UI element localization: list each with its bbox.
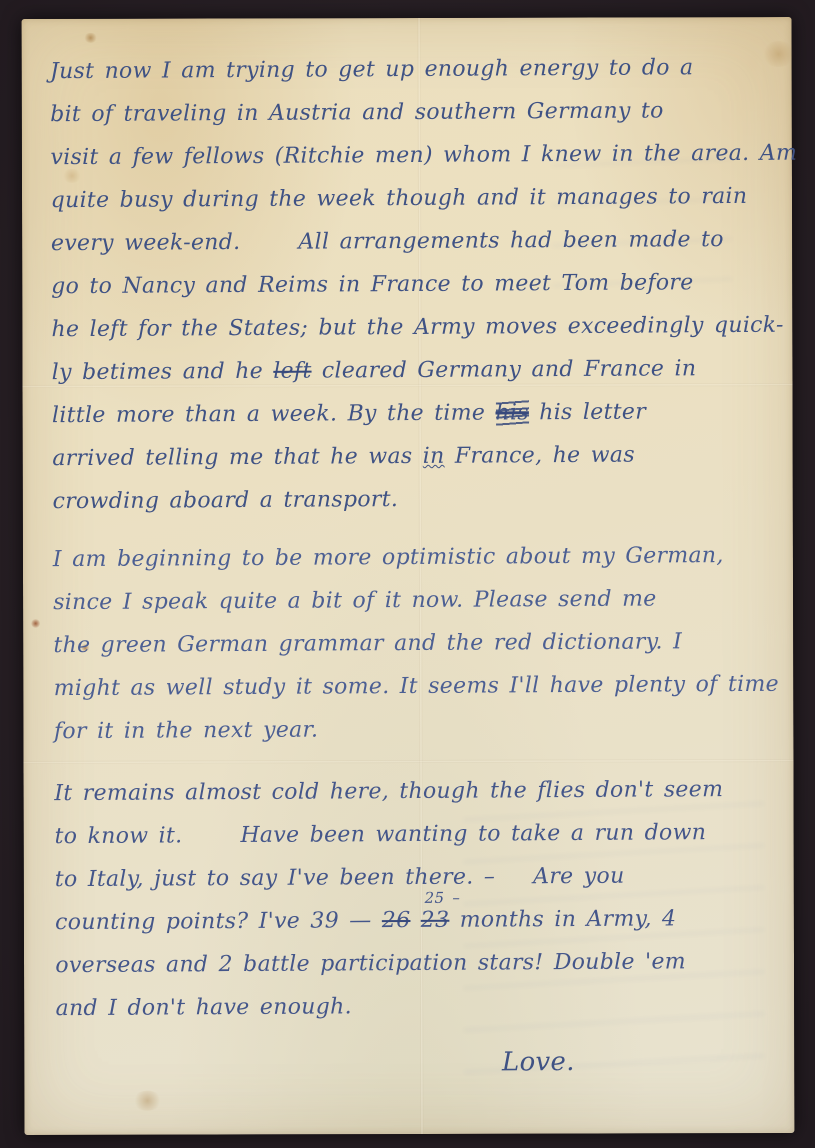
scribbled-out-word: his [495,400,529,425]
crossed-out-number: 26 [382,908,411,933]
line-text: France, he was [455,443,635,469]
letter-line: visit a few fellows (Ritchie men) whom I… [50,132,770,179]
letter-line: since I speak quite a bit of it now. Ple… [53,577,773,624]
line-text: cleared Germany and France in [322,356,697,383]
underlined-word: in [423,444,445,469]
letter-line: arrived telling me that he was in France… [52,433,772,480]
letter-line: and I don't have enough. [56,983,776,1030]
letter-line: crowding aboard a transport. [52,476,772,523]
paragraph-travel-news: Just now I am trying to get up enough en… [50,46,773,523]
paragraph-german-study: I am beginning to be more optimistic abo… [53,534,774,753]
line-text: Have been wanting to take a run down [240,820,706,848]
letter-line: to Italy, just to say I've been there. –… [55,854,775,901]
letter-line: every week-end.All arrangements had been… [51,218,771,265]
line-text: arrived telling me that he was [52,444,412,471]
letter-line: go to Nancy and Reims in France to meet … [51,261,771,308]
line-text: every week-end. [51,230,241,256]
closing-signature: Love. [56,1040,776,1087]
letter-line: It remains almost cold here, though the … [54,768,774,815]
line-text: to know it. [55,823,183,849]
letter-line: Just now I am trying to get up enough en… [50,46,770,93]
line-text: Are you [533,864,625,890]
photo-background: Just now I am trying to get up enough en… [0,0,815,1148]
letter-line: bit of traveling in Austria and southern… [50,89,770,136]
line-text: months in Army, 4 [460,906,677,932]
letter-line: the green German grammar and the red dic… [53,620,773,667]
letter-line: quite busy during the week though and it… [51,175,771,222]
paragraph-weather-points: It remains almost cold here, though the … [54,768,776,1030]
line-text: his letter [539,400,646,426]
line-text: ly betimes and he [52,359,263,385]
crossed-out-number: 23 [421,908,450,933]
letter-line: I am beginning to be more optimistic abo… [53,534,773,581]
letter-line: he left for the States; but the Army mov… [51,304,771,351]
letter-line: might as well study it some. It seems I'… [54,663,774,710]
crossed-out-word: left [273,359,311,384]
letter-body: Just now I am trying to get up enough en… [20,16,797,1137]
letter-line: for it in the next year. [54,706,774,753]
letter-line: overseas and 2 battle participation star… [55,940,775,987]
line-text: little more than a week. By the time [52,401,485,429]
line-text: All arrangements had been made to [298,227,724,255]
letter-line: ly betimes and he left cleared Germany a… [52,347,772,394]
letter-line: counting points? I've 39 — 26 25 –23 mon… [55,897,775,944]
letter-line: little more than a week. By the time his… [52,390,772,437]
correction-above: 25 – [425,891,461,906]
corrected-number: 25 –23 [421,908,450,933]
line-text: counting points? I've 39 — [55,908,372,935]
letter-line: to know it.Have been wanting to take a r… [54,811,774,858]
letter-paper: Just now I am trying to get up enough en… [22,17,795,1135]
